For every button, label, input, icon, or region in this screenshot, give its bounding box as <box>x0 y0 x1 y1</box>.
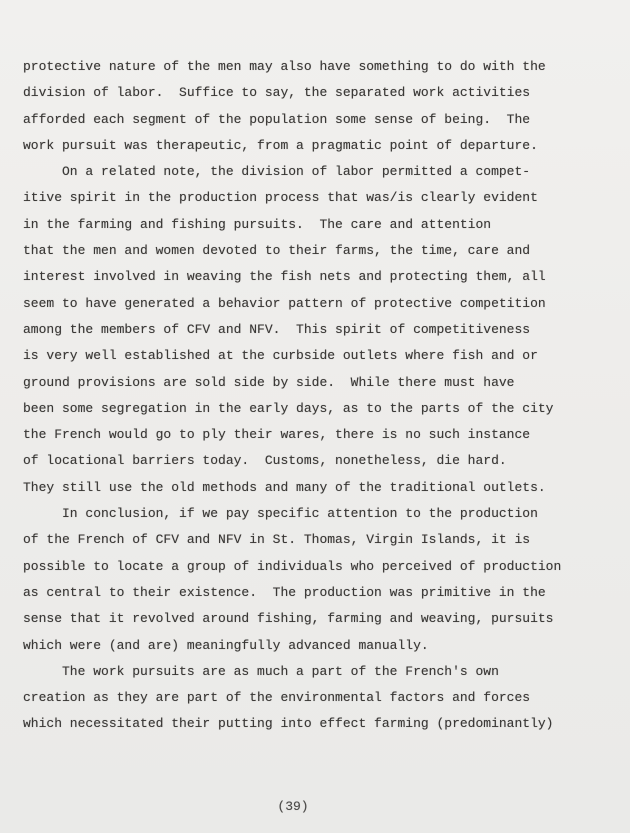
text-line: as central to their existence. The produ… <box>23 580 612 606</box>
text-line: which were (and are) meaningfully advanc… <box>23 633 612 659</box>
text-line: protective nature of the men may also ha… <box>23 54 612 80</box>
text-line: On a related note, the division of labor… <box>23 159 612 185</box>
text-line: among the members of CFV and NFV. This s… <box>23 317 612 343</box>
text-line: seem to have generated a behavior patter… <box>23 291 612 317</box>
text-line: of locational barriers today. Customs, n… <box>23 448 612 474</box>
body-text: protective nature of the men may also ha… <box>23 54 612 738</box>
text-line: work pursuit was therapeutic, from a pra… <box>23 133 612 159</box>
text-line: In conclusion, if we pay specific attent… <box>23 501 612 527</box>
text-line: division of labor. Suffice to say, the s… <box>23 80 612 106</box>
text-line: ground provisions are sold side by side.… <box>23 370 612 396</box>
text-line: of the French of CFV and NFV in St. Thom… <box>23 527 612 553</box>
text-line: that the men and women devoted to their … <box>23 238 612 264</box>
text-line: is very well established at the curbside… <box>23 343 612 369</box>
text-line: which necessitated their putting into ef… <box>23 711 612 737</box>
text-line: They still use the old methods and many … <box>23 475 612 501</box>
text-line: afforded each segment of the population … <box>23 107 612 133</box>
text-line: been some segregation in the early days,… <box>23 396 612 422</box>
text-line: in the farming and fishing pursuits. The… <box>23 212 612 238</box>
text-line: interest involved in weaving the fish ne… <box>23 264 612 290</box>
text-line: sense that it revolved around fishing, f… <box>23 606 612 632</box>
text-line: creation as they are part of the environ… <box>23 685 612 711</box>
document-page: protective nature of the men may also ha… <box>0 0 630 833</box>
text-line: The work pursuits are as much a part of … <box>23 659 612 685</box>
text-line: itive spirit in the production process t… <box>23 185 612 211</box>
text-line: possible to locate a group of individual… <box>23 554 612 580</box>
page-number: (39) <box>23 797 563 817</box>
text-line: the French would go to ply their wares, … <box>23 422 612 448</box>
